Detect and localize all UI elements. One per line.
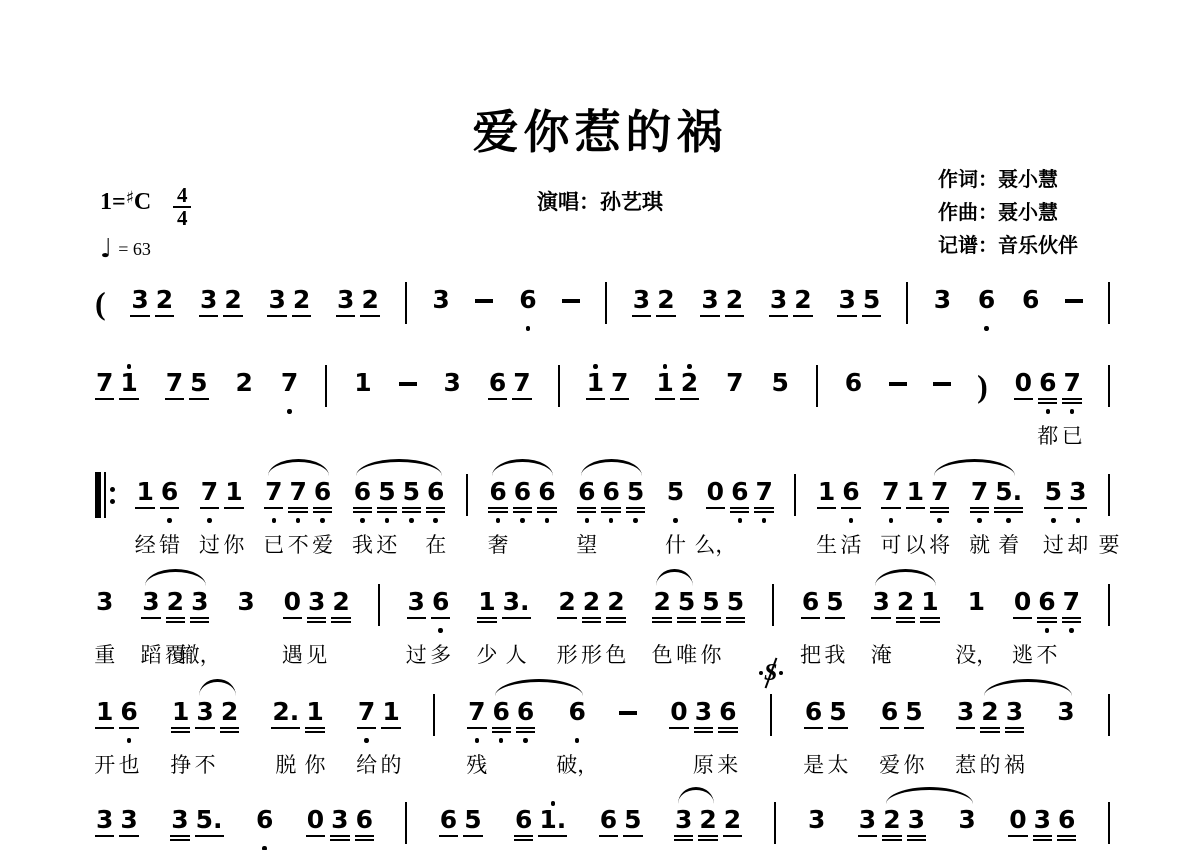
beam-underline: [355, 835, 374, 837]
barline: [605, 282, 607, 324]
music-line: 1671776655666666550671671775.53: [95, 472, 1110, 524]
note-digit: 6: [313, 479, 332, 505]
beam-underline: [426, 507, 445, 509]
note-token: 3: [307, 582, 326, 634]
lyric-char: 太: [827, 749, 848, 779]
beam-underline: [353, 511, 372, 513]
octave-dot-below: [1006, 517, 1011, 524]
note-token: 3: [632, 280, 651, 332]
beam-underlines: [331, 615, 350, 627]
lyric-char: 破，: [556, 749, 598, 779]
barline: [466, 474, 468, 516]
beam-group: 766: [467, 692, 535, 744]
beam-underline: [726, 621, 745, 623]
beam-underline: [119, 835, 138, 837]
beam-group: 036: [669, 692, 737, 744]
beam-underlines: [190, 615, 209, 627]
note-digit: 3: [119, 807, 138, 833]
barline: [1108, 282, 1110, 324]
beam-underlines: [666, 505, 685, 517]
note-token: 6: [718, 692, 737, 744]
beam-underline: [1014, 398, 1033, 400]
note-digit: 3: [1068, 479, 1087, 505]
note-token: 3: [119, 800, 138, 850]
beam-underline: [970, 511, 989, 513]
beam-group: 222: [557, 582, 625, 634]
octave-dot-below: [206, 325, 211, 332]
note-token: 6: [513, 472, 532, 524]
beam-group: 032: [283, 582, 351, 634]
beam-underline: [130, 315, 149, 317]
note-token: 3: [1005, 692, 1024, 744]
note-digit: 6: [599, 807, 618, 833]
dot: [409, 518, 414, 523]
beam-underline: [723, 835, 742, 837]
note-digit: 0: [706, 479, 725, 505]
note-digit: 0: [1008, 807, 1027, 833]
beam-group: 32: [769, 280, 813, 332]
note-digit: 2: [723, 807, 742, 833]
note-digit: 3: [858, 807, 877, 833]
beam-underline: [135, 507, 154, 509]
note-digit: 3: [957, 807, 976, 833]
beam-group: 17: [586, 363, 630, 415]
dot: [1006, 518, 1011, 523]
beam-underlines: [606, 615, 625, 627]
beam-group: 2.1: [271, 692, 324, 744]
beam-group: 61.: [514, 800, 567, 850]
note-token: 6: [355, 800, 374, 850]
beam-underline: [224, 507, 243, 509]
beam-underlines: [195, 833, 224, 845]
lyric-char: 么，: [694, 529, 736, 559]
note-digit: 6: [488, 479, 507, 505]
lyric-char: 就: [969, 529, 990, 559]
beam-underline: [726, 617, 745, 619]
lyric-char: 我: [824, 639, 845, 669]
segno-icon: S: [762, 658, 780, 688]
dot: [1051, 518, 1056, 523]
beam-underlines: [1021, 313, 1040, 325]
note-token: 3: [858, 800, 877, 850]
beam-group: 16: [135, 472, 179, 524]
note-digit: 2: [793, 287, 812, 313]
beam-underlines: [189, 396, 208, 408]
beam-underlines: [492, 725, 511, 737]
lyric-char: 来: [717, 749, 738, 779]
octave-dot-below: [808, 627, 813, 634]
beam-underline: [200, 507, 219, 509]
octave-dot-below: [232, 517, 237, 524]
beam-underline: [492, 727, 511, 729]
lyric-char: 唯: [676, 639, 697, 669]
note-digit: 1: [967, 589, 986, 615]
note-token: 3: [195, 692, 214, 744]
dot: [385, 518, 390, 523]
lyric-char: 你: [903, 749, 924, 779]
note-token: 1: [135, 472, 154, 524]
beam-underline: [896, 621, 915, 623]
slur-arc: [875, 569, 936, 586]
note-token: 3: [95, 800, 114, 850]
beam-underline: [837, 315, 856, 317]
octave-dot-below: [713, 517, 718, 524]
lyric-char: 将: [929, 529, 950, 559]
note-digit: 7: [288, 479, 307, 505]
beam-group: 132: [171, 692, 239, 744]
note-digit: 5: [904, 699, 923, 725]
lyric-char: 少: [476, 639, 497, 669]
note-token: 2: [557, 582, 576, 634]
note-digit: 5: [666, 479, 685, 505]
beam-underlines: [623, 833, 642, 845]
note-token: 7: [881, 472, 900, 524]
beam-underline: [970, 507, 989, 509]
octave-dot-below: [730, 845, 735, 850]
note-token: 7: [970, 472, 989, 524]
note-digit: 0: [1014, 370, 1033, 396]
octave-dot-below: [1046, 408, 1051, 415]
music-line: (323232323632323235366: [95, 280, 1110, 332]
note-digit: 6: [718, 699, 737, 725]
music-line: 332330323613.2222555653211067: [95, 582, 1110, 634]
beam-group: 71: [95, 363, 139, 415]
octave-dot-below: [495, 408, 500, 415]
note-token: 2: [331, 582, 350, 634]
beam-underlines: [223, 313, 242, 325]
note-token: 3: [957, 800, 976, 850]
lyric-char: 在: [425, 529, 446, 559]
beam-underline: [706, 507, 725, 509]
lyric-char: 没，: [955, 639, 997, 669]
beam-underline: [305, 731, 324, 733]
barline: [1108, 802, 1110, 844]
note-token: 2: [360, 280, 379, 332]
dot: [364, 738, 369, 743]
beam-underlines: [119, 725, 138, 737]
note-token: 1: [817, 472, 836, 524]
octave-dot-below: [869, 325, 874, 332]
beam-underlines: [538, 833, 567, 845]
beam-underlines: [200, 505, 219, 517]
beam-underline: [599, 835, 618, 837]
close-paren: ): [977, 365, 988, 407]
note-digit: 1: [353, 370, 372, 396]
note-digit: 6: [488, 370, 507, 396]
note-token: 3: [871, 582, 890, 634]
beam-underlines: [1068, 505, 1087, 517]
dot: [287, 409, 292, 414]
beam-underlines: [305, 725, 324, 737]
beam-underlines: [1044, 505, 1063, 517]
beam-group: 36: [407, 582, 451, 634]
beam-underline: [512, 398, 531, 400]
music-line: 161322.1717666036S65653233: [95, 692, 1110, 744]
note-token: 6: [516, 692, 535, 744]
note-token: 6: [255, 800, 274, 850]
octave-dot-below: [845, 325, 850, 332]
beam-underlines: [95, 725, 114, 737]
beam-underlines: [355, 833, 374, 845]
beam-underline: [307, 617, 326, 619]
dot: [360, 518, 365, 523]
beam-underline: [754, 511, 773, 513]
note-digit: 3: [769, 287, 788, 313]
octave-dot-below: [677, 737, 682, 744]
beam-underline: [1037, 621, 1056, 623]
beam-underlines: [1037, 615, 1056, 627]
repeat-dot: [110, 487, 115, 492]
beam-underline: [557, 617, 576, 619]
repeat-dots: [110, 487, 115, 504]
beam-underline: [718, 727, 737, 729]
note-digit: 2: [235, 370, 254, 396]
octave-dot-below: [988, 737, 993, 744]
dot: [296, 518, 301, 523]
beam-underline: [313, 511, 332, 513]
dot: [575, 738, 580, 743]
note-digit: 6: [537, 479, 556, 505]
beam-underlines: [930, 505, 949, 517]
note-token: 7: [200, 472, 219, 524]
octave-dot-below: [1012, 737, 1017, 744]
beam-underlines: [135, 505, 154, 517]
octave-dot-below: [814, 845, 819, 850]
note-token: 5: [666, 472, 685, 524]
beam-underline: [582, 621, 601, 623]
beam-underlines: [725, 396, 744, 408]
beam-underlines: [155, 313, 174, 325]
octave-dot-below: [262, 845, 267, 850]
beam-underline: [190, 617, 209, 619]
music-line: 3335.60366561.6532233233036: [95, 800, 1110, 850]
beam-underline: [381, 727, 400, 729]
beam-underlines: [568, 725, 587, 737]
beam-group: 036: [306, 800, 374, 850]
beam-underline: [1057, 835, 1076, 837]
dot: [167, 518, 172, 523]
note-digit: 6: [880, 699, 899, 725]
note-digit: 5: [701, 589, 720, 615]
octave-dot-below: [207, 845, 212, 850]
note-token: 5: [825, 582, 844, 634]
beam-underlines: [656, 313, 675, 325]
beam-group: 32: [700, 280, 744, 332]
beam-underlines: [881, 505, 900, 517]
beam-underline: [331, 617, 350, 619]
beam-underline: [769, 315, 788, 317]
beam-underline: [355, 839, 374, 841]
octave-dot-below: [851, 408, 856, 415]
beam-group: 75: [165, 363, 209, 415]
note-token: 2: [292, 280, 311, 332]
beam-underlines: [706, 505, 725, 517]
beam-underline: [698, 835, 717, 837]
lyric-char: 多: [430, 639, 451, 669]
note-token: 6: [841, 472, 860, 524]
dot: [320, 518, 325, 523]
note-digit: 2: [166, 589, 185, 615]
slur-arc: [356, 459, 441, 476]
octave-dot-below: [499, 737, 504, 744]
note-token: 1: [967, 582, 986, 634]
note-token: 1: [95, 692, 114, 744]
beam-underlines: [514, 833, 533, 845]
beam-underlines: [730, 505, 749, 517]
note-digit: 5: [463, 807, 482, 833]
beam-underline: [467, 727, 486, 729]
note-token: 2: [793, 280, 812, 332]
note-token: 7: [165, 363, 184, 415]
beam-underlines: [1014, 396, 1033, 408]
beam-underlines: [307, 615, 326, 627]
note-token: 3: [130, 280, 149, 332]
lyric-char: 奢: [488, 529, 509, 559]
note-digit: 1: [135, 479, 154, 505]
note-digit: 3: [807, 807, 826, 833]
beam-underlines: [130, 313, 149, 325]
dot: [1069, 628, 1074, 633]
octave-dot-below: [338, 845, 343, 850]
beam-underline: [694, 731, 713, 733]
beam-underlines: [669, 725, 688, 737]
note-digit: 7: [357, 699, 376, 725]
octave-dot-below: [660, 627, 665, 634]
octave-dot-below: [589, 627, 594, 634]
note-token: 6: [601, 472, 620, 524]
dot: [207, 518, 212, 523]
note-token: 3: [170, 800, 189, 850]
note-digit: 3: [407, 589, 426, 615]
octave-dot-below: [865, 845, 870, 850]
beam-underline: [1062, 617, 1081, 619]
slur-arc: [984, 679, 1072, 696]
note-token: 3: [694, 692, 713, 744]
beam-underline: [514, 839, 533, 841]
lyric-char: 惹: [955, 749, 976, 779]
note-digit: 3: [195, 699, 214, 725]
barline: [405, 802, 407, 844]
beam-underline: [828, 727, 847, 729]
beam-underlines: [970, 505, 989, 517]
note-token: 3: [431, 280, 450, 332]
octave-dot-below: [879, 627, 884, 634]
note-digit: 6: [601, 479, 620, 505]
dot: [1076, 518, 1081, 523]
beam-underlines: [804, 725, 823, 737]
note-digit: 3: [956, 699, 975, 725]
beam-underline: [1033, 839, 1052, 841]
dot: [1045, 628, 1050, 633]
note-token: 2: [980, 692, 999, 744]
dot: [1070, 409, 1075, 414]
note-token: 3: [141, 582, 160, 634]
beam-underline: [700, 315, 719, 317]
note-digit: 5: [1044, 479, 1063, 505]
beam-underlines: [577, 505, 596, 517]
note-token: 1: [353, 363, 372, 415]
beam-underlines: [837, 313, 856, 325]
note-digit: 6: [730, 479, 749, 505]
note-digit: 7: [754, 479, 773, 505]
beam-underline: [220, 731, 239, 733]
beam-underline: [220, 727, 239, 729]
beam-underline: [804, 727, 823, 729]
note-token: 2: [582, 582, 601, 634]
note-token: 1: [477, 582, 496, 634]
octave-dot-below: [965, 845, 970, 850]
octave-dot-below: [609, 517, 614, 524]
octave-dot-below: [1028, 325, 1033, 332]
beam-underlines: [967, 615, 986, 627]
octave-dot-below: [102, 737, 107, 744]
note-digit: 6: [426, 479, 445, 505]
beam-underline: [626, 511, 645, 513]
note-digit: 1: [817, 479, 836, 505]
beam-underline: [652, 621, 671, 623]
dot: [523, 738, 528, 743]
beam-underlines: [171, 725, 190, 737]
repeat-start-sign: [95, 472, 115, 518]
note-token: 6: [492, 692, 511, 744]
dash-note: [1065, 299, 1083, 303]
note-token: 3: [95, 582, 114, 634]
note-token: 5: [623, 800, 642, 850]
beam-underline: [606, 621, 625, 623]
beam-underline: [577, 511, 596, 513]
note-digit: 6: [160, 479, 179, 505]
note-token: 3: [956, 692, 975, 744]
note-token: 5: [828, 692, 847, 744]
note-token: 5: [189, 363, 208, 415]
note-digit: 5.: [195, 807, 224, 833]
note-token: 2: [606, 582, 625, 634]
beam-group: 067: [1013, 582, 1081, 634]
octave-dot-below: [887, 737, 892, 744]
beam-underlines: [330, 833, 349, 845]
lyric-char: 开: [94, 749, 115, 779]
beam-underlines: [381, 725, 400, 737]
note-token: 2: [223, 280, 242, 332]
note-digit: 7: [467, 699, 486, 725]
beam-group: 71: [200, 472, 244, 524]
note-token: 2: [882, 800, 901, 850]
music-line: 71752713671712756)067: [95, 363, 1110, 415]
beam-underlines: [880, 725, 899, 737]
beam-underlines: [220, 725, 239, 737]
beam-underline: [514, 835, 533, 837]
tempo-value: = 63: [118, 239, 151, 260]
beam-underline: [271, 727, 300, 729]
note-digit: 3.: [502, 589, 531, 615]
beam-underlines: [360, 313, 379, 325]
note-digit: 3: [431, 287, 450, 313]
note-token: 1: [381, 692, 400, 744]
octave-dot-below: [701, 737, 706, 744]
octave-dot-below: [178, 737, 183, 744]
octave-dot-below: [362, 845, 367, 850]
lyric-char: 爱: [312, 529, 333, 559]
note-token: 6: [160, 472, 179, 524]
beam-underline: [306, 835, 325, 837]
octave-dot-below: [244, 627, 249, 634]
beam-underline: [537, 507, 556, 509]
beam-group: 067: [1014, 363, 1082, 415]
beam-underline: [488, 398, 507, 400]
lyric-char: 不: [1036, 639, 1057, 669]
lyric-char: 残: [466, 749, 487, 779]
octave-dot-below: [485, 627, 490, 634]
